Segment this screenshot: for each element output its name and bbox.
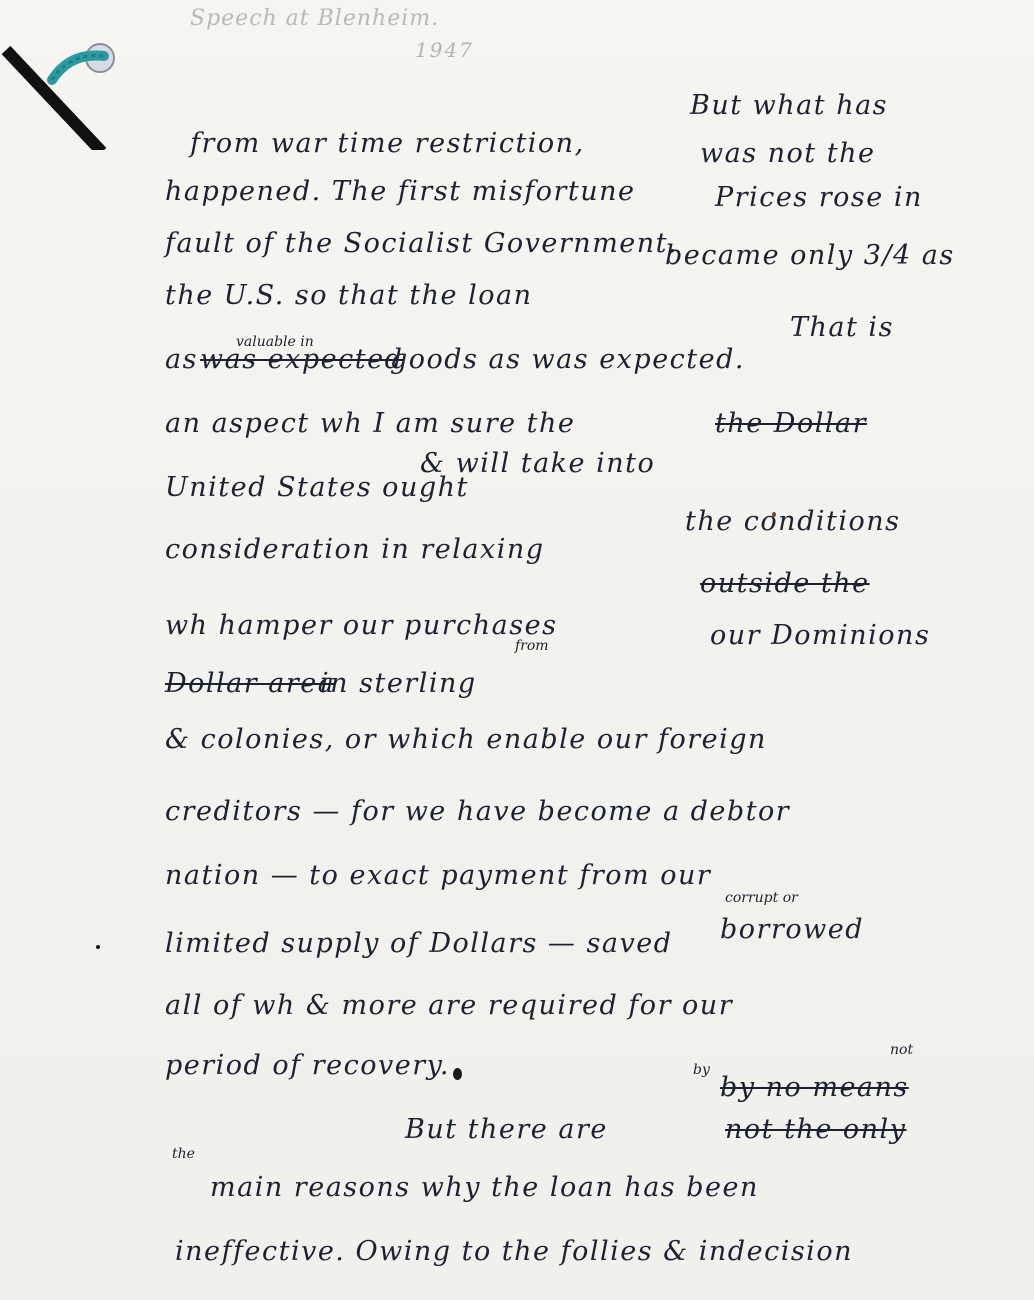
handwritten-line: nation — to exact payment from our	[165, 860, 711, 891]
insertion-text: by	[693, 1062, 710, 1078]
handwritten-line: an aspect wh I am sure the	[165, 408, 575, 439]
handwritten-line: limited supply of Dollars — saved	[165, 928, 673, 959]
pencil-mark	[96, 945, 100, 949]
handwritten-line: was not the	[700, 138, 875, 169]
insertion-text: not	[890, 1042, 913, 1058]
handwritten-line: Prices rose in	[715, 182, 923, 213]
insertion-text: from	[515, 638, 549, 654]
ink-spot	[772, 512, 776, 517]
treasury-tag-icon	[0, 40, 130, 150]
handwritten-line: But what has	[690, 90, 888, 121]
ink-blot	[453, 1068, 462, 1080]
handwritten-line: in sterling	[320, 668, 477, 699]
struck-text: outside the	[700, 568, 870, 599]
handwritten-line: our Dominions	[710, 620, 930, 651]
handwritten-line: from war time restriction,	[190, 128, 585, 159]
handwritten-line: consideration in relaxing	[165, 534, 545, 565]
handwritten-line: as	[165, 344, 198, 375]
insertion-text: valuable in	[236, 334, 314, 350]
handwritten-line: ineffective. Owing to the follies & inde…	[175, 1236, 853, 1267]
handwritten-line: goods as was expected.	[390, 344, 745, 375]
handwritten-line: But there are	[405, 1114, 608, 1145]
handwritten-line: That is	[790, 312, 894, 343]
handwritten-line: became only 3/4 as	[665, 240, 955, 271]
handwritten-line: wh hamper our purchases	[165, 610, 557, 641]
manuscript-page: Speech at Blenheim. 1947 from war time r…	[0, 0, 1034, 1300]
insertion-text: corrupt or	[725, 890, 798, 906]
handwritten-line: & colonies, or which enable our foreign	[165, 724, 767, 755]
pencil-header-note: Speech at Blenheim.	[190, 6, 439, 31]
struck-text: the Dollar	[715, 408, 867, 439]
struck-text: not the only	[725, 1114, 906, 1145]
handwritten-line: happened. The first misfortune	[165, 176, 636, 207]
handwritten-line: borrowed	[720, 914, 864, 945]
handwritten-line: main reasons why the loan has been	[210, 1172, 759, 1203]
handwritten-line: the U.S. so that the loan	[165, 280, 533, 311]
handwritten-line: period of recovery.	[165, 1050, 450, 1081]
handwritten-line: fault of the Socialist Government.	[165, 228, 678, 259]
handwritten-line: creditors — for we have become a debtor	[165, 796, 790, 827]
struck-text: by no means	[720, 1072, 909, 1103]
handwritten-line: all of wh & more are required for our	[165, 990, 733, 1021]
struck-text: Dollar area	[165, 668, 335, 699]
handwritten-line: & will take into	[420, 448, 655, 479]
insertion-text: the	[172, 1146, 195, 1162]
pencil-header-year: 1947	[415, 38, 474, 62]
handwritten-line: the conditions	[685, 506, 900, 537]
